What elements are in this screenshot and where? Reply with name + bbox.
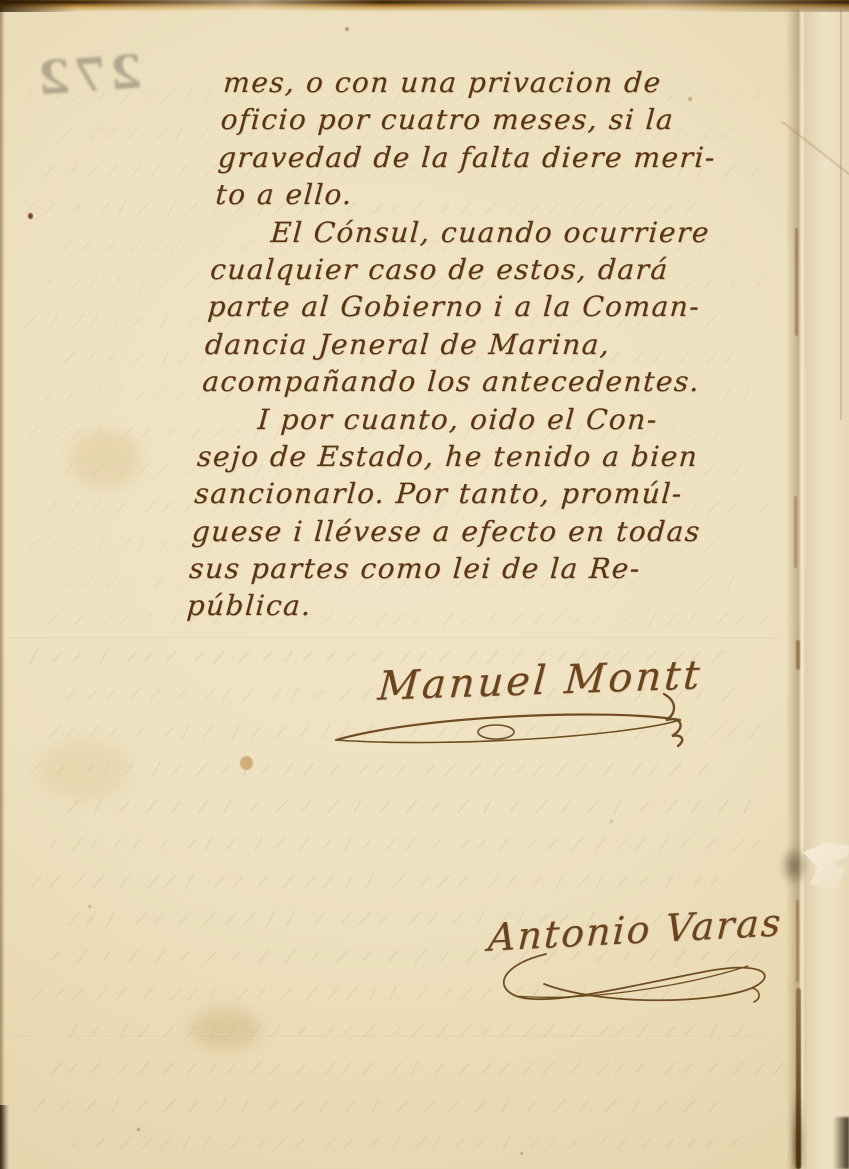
ghost-stroke-row xyxy=(32,874,718,888)
manuscript-line: acompañando los antecedentes. xyxy=(201,363,744,400)
manuscript-line: guese i llévese a efecto en todas xyxy=(191,513,734,550)
manuscript-line: dancia Jeneral de Marina, xyxy=(204,326,747,363)
manuscript-line: sancionarlo. Por tanto, promúl- xyxy=(193,475,736,512)
dirt-speck xyxy=(610,820,613,823)
manuscript-line: mes, o con una privacion de xyxy=(222,64,765,101)
manuscript-page: 272 mes, o con una privacion deoficio po… xyxy=(0,0,849,1169)
dirt-speck xyxy=(345,27,349,31)
binding-stain xyxy=(796,640,800,670)
dirt-speck xyxy=(137,1128,140,1131)
manuscript-line: sus partes como lei de la Re- xyxy=(188,550,731,587)
page-fold-crease xyxy=(840,0,842,420)
binding-stain xyxy=(791,1090,804,1169)
manuscript-text: mes, o con una privacion deoficio por cu… xyxy=(185,64,764,625)
signature-flourish xyxy=(328,688,698,758)
binding-stain xyxy=(794,496,797,568)
paper-stain xyxy=(70,430,140,488)
manuscript-line: to a ello. xyxy=(214,176,757,213)
paper-crease xyxy=(8,636,778,638)
adjacent-page-edge xyxy=(806,0,849,1169)
dirt-speck xyxy=(240,756,253,770)
binding-stain xyxy=(796,900,799,982)
book-top-edge-shading xyxy=(0,0,849,12)
manuscript-line: pública. xyxy=(185,587,728,624)
manuscript-line: sejo de Estado, he tenido a bien xyxy=(196,438,739,475)
signature-flourish xyxy=(486,942,776,1008)
ghost-stroke-row xyxy=(68,800,751,814)
paper-stain xyxy=(190,1008,260,1050)
dirt-speck xyxy=(88,905,91,908)
page-corner-shadow xyxy=(833,1117,849,1169)
paper-crease xyxy=(8,1034,768,1036)
dirt-speck xyxy=(520,1152,523,1155)
ghost-stroke-row xyxy=(52,1061,784,1075)
tab-shadow xyxy=(780,845,808,887)
dirt-speck xyxy=(28,213,33,219)
manuscript-line: oficio por cuatro meses, si la xyxy=(219,101,762,138)
ghost-stroke-row xyxy=(50,837,760,851)
manuscript-line: cualquier caso de estos, dará xyxy=(209,251,752,288)
page-number-bleedthrough: 272 xyxy=(32,44,144,105)
binding-stain xyxy=(795,228,798,336)
ghost-stroke-row xyxy=(31,762,708,776)
page-corner-shadow xyxy=(0,1105,9,1169)
manuscript-line: gravedad de la falta diere meri- xyxy=(217,139,760,176)
paper-stain xyxy=(40,740,130,800)
manuscript-line: parte al Gobierno i a la Coman- xyxy=(206,288,749,325)
page-left-edge xyxy=(0,0,5,1169)
manuscript-line: El Cónsul, cuando ocurriere xyxy=(212,214,755,251)
ghost-stroke-row xyxy=(71,1136,738,1150)
manuscript-line: I por cuanto, oido el Con- xyxy=(198,401,741,438)
ghost-stroke-row xyxy=(34,1099,718,1113)
